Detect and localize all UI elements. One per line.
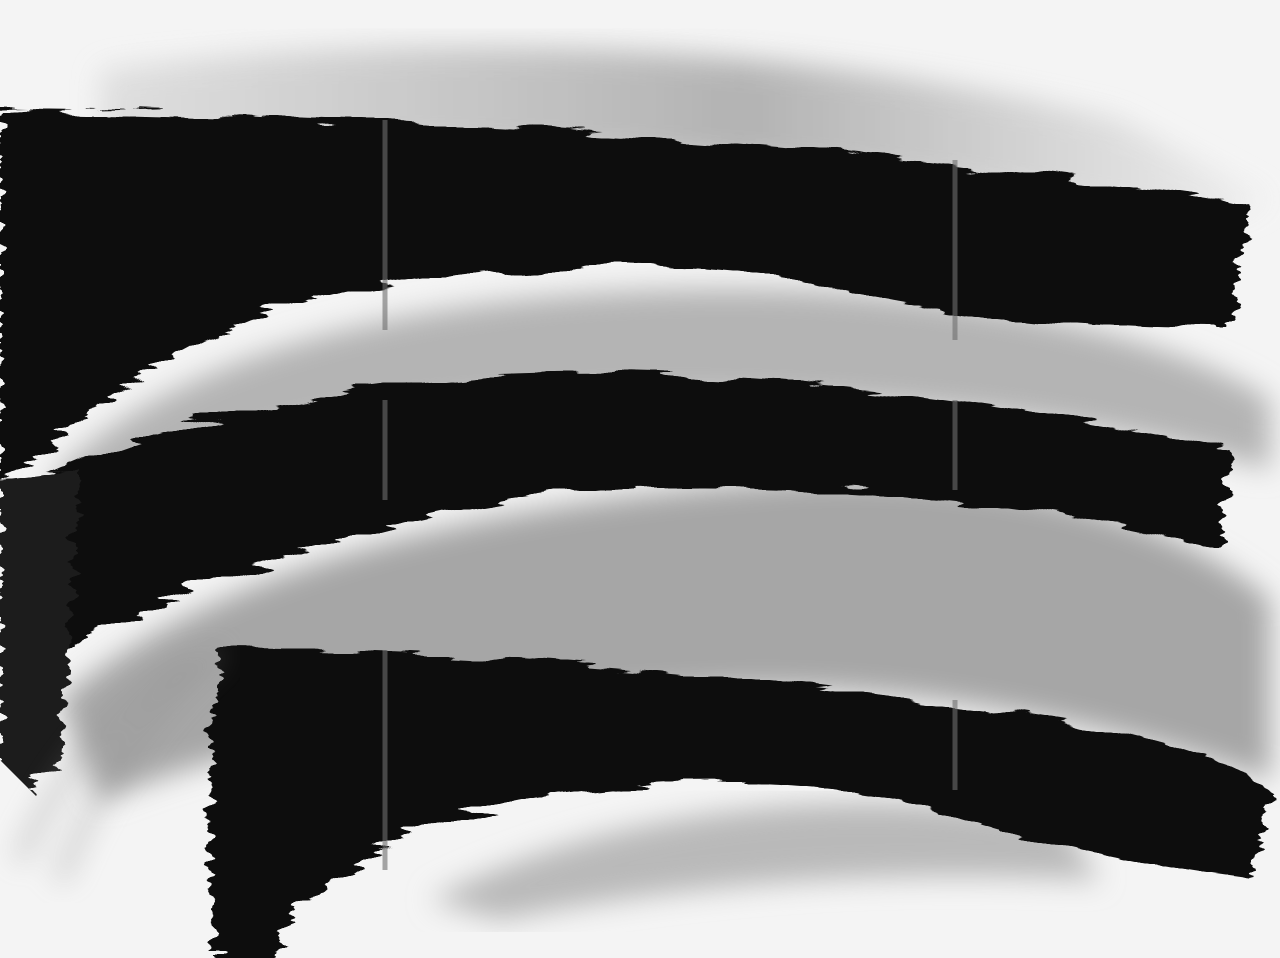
painting-svg (0, 0, 1280, 958)
painting (0, 0, 1280, 958)
